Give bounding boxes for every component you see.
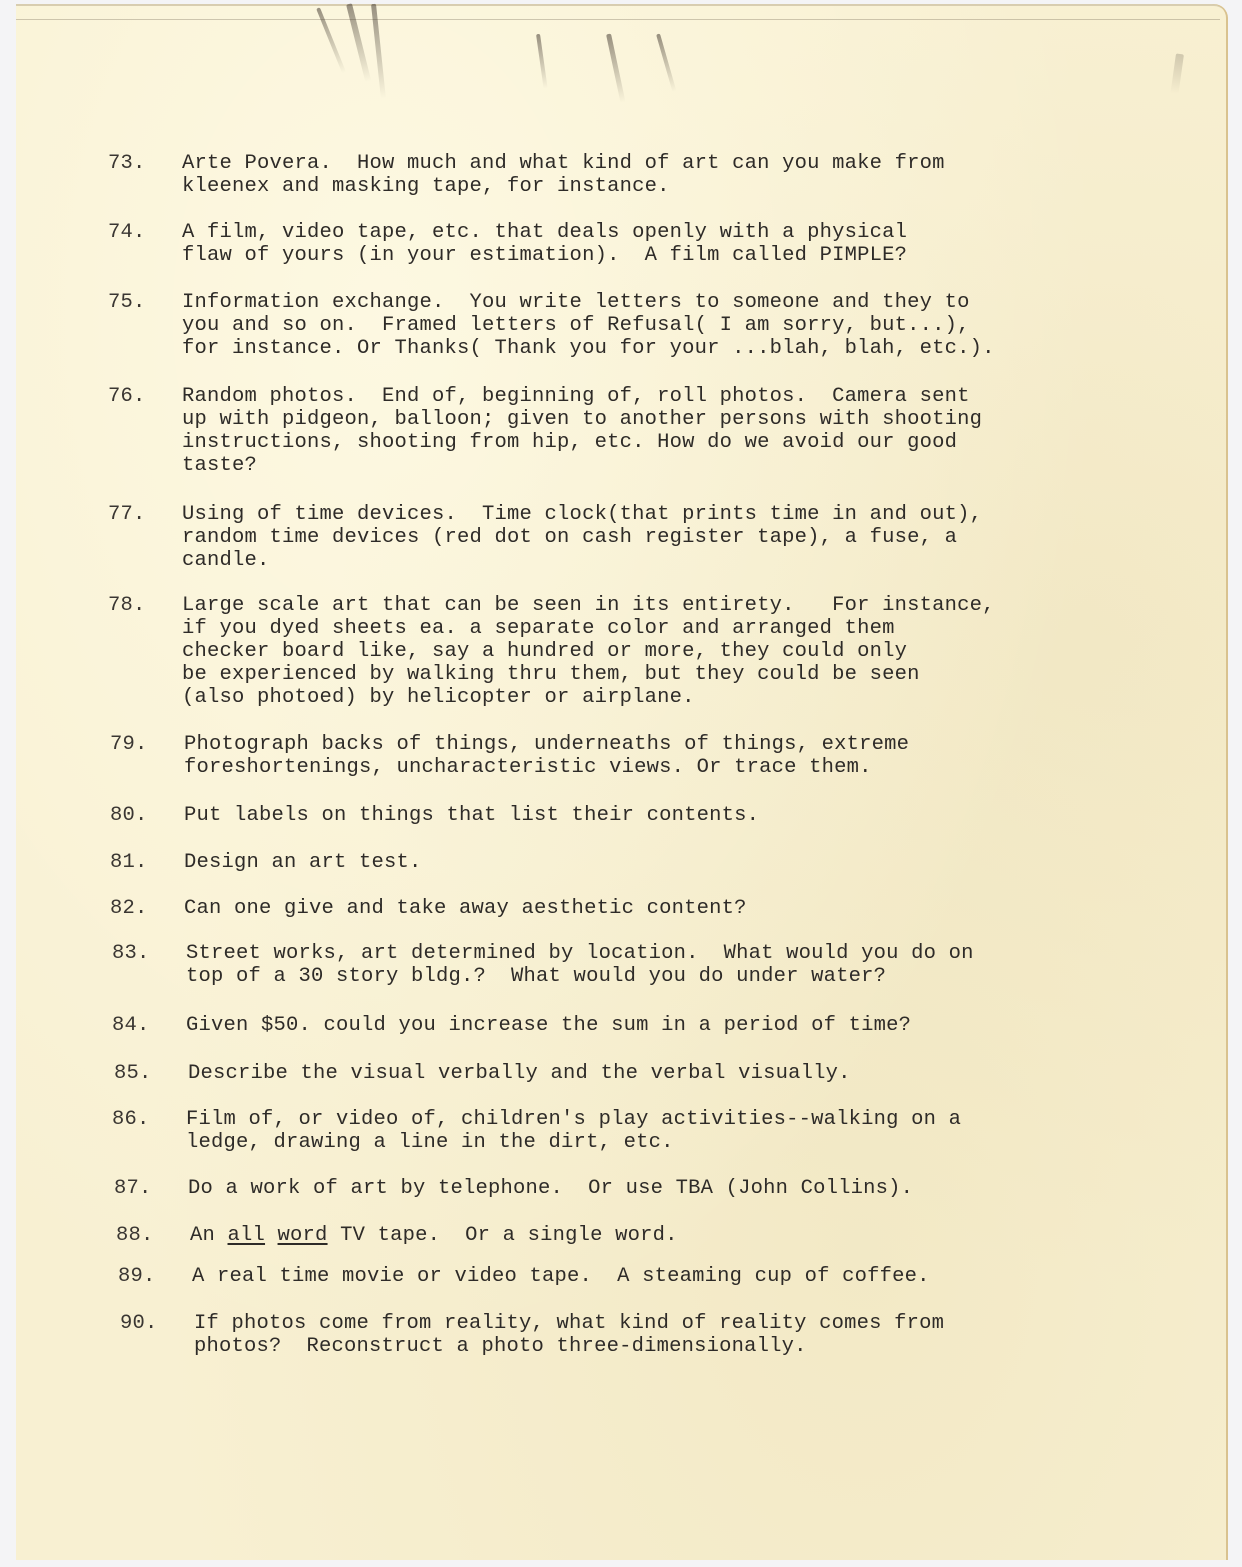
item-text-line: Street works, art determined by location… <box>186 942 1112 965</box>
list-item: 79.Photograph backs of things, underneat… <box>110 733 1110 779</box>
item-text-line: random time devices (red dot on cash reg… <box>182 526 1108 549</box>
item-text: A film, video tape, etc. that deals open… <box>182 221 1108 267</box>
list-item: 83.Street works, art determined by locat… <box>112 942 1112 988</box>
item-text-line: Random photos. End of, beginning of, rol… <box>182 385 1108 408</box>
item-text: Given $50. could you increase the sum in… <box>186 1014 1112 1037</box>
item-number: 80. <box>110 804 184 827</box>
item-text: Using of time devices. Time clock(that p… <box>182 503 1108 572</box>
item-text-line: Arte Povera. How much and what kind of a… <box>182 152 1108 175</box>
list-item: 80.Put labels on things that list their … <box>110 804 1110 827</box>
item-text-line: Photograph backs of things, underneaths … <box>184 733 1110 756</box>
item-number: 78. <box>108 594 182 709</box>
item-number: 90. <box>120 1312 194 1358</box>
item-text-line: photos? Reconstruct a photo three-dimens… <box>194 1335 1120 1358</box>
item-text: Can one give and take away aesthetic con… <box>184 897 1110 920</box>
item-text-line: If photos come from reality, what kind o… <box>194 1312 1120 1335</box>
item-text-line: checker board like, say a hundred or mor… <box>182 640 1108 663</box>
item-text-line: for instance. Or Thanks( Thank you for y… <box>182 337 1108 360</box>
item-text: Information exchange. You write letters … <box>182 291 1108 360</box>
item-text-line: (also photoed) by helicopter or airplane… <box>182 686 1108 709</box>
item-text-line: taste? <box>182 454 1108 477</box>
item-text: A real time movie or video tape. A steam… <box>192 1265 1118 1288</box>
item-number: 84. <box>112 1014 186 1037</box>
item-number: 73. <box>108 152 182 198</box>
item-text-line: kleenex and masking tape, for instance. <box>182 175 1108 198</box>
item-text-line: flaw of yours (in your estimation). A fi… <box>182 244 1108 267</box>
item-text-line: ledge, drawing a line in the dirt, etc. <box>186 1131 1112 1154</box>
list-item: 76.Random photos. End of, beginning of, … <box>108 385 1108 477</box>
underlined-word: all <box>228 1224 266 1247</box>
item-text-line: if you dyed sheets ea. a separate color … <box>182 617 1108 640</box>
list-item: 84.Given $50. could you increase the sum… <box>112 1014 1112 1037</box>
item-text: Street works, art determined by location… <box>186 942 1112 988</box>
item-number: 82. <box>110 897 184 920</box>
list-item: 78.Large scale art that can be seen in i… <box>108 594 1108 709</box>
text-segment: An <box>190 1224 228 1247</box>
list-item: 77.Using of time devices. Time clock(tha… <box>108 503 1108 572</box>
item-text-line: An all word TV tape. Or a single word. <box>190 1224 1116 1247</box>
item-number: 83. <box>112 942 186 988</box>
item-number: 75. <box>108 291 182 360</box>
text-segment: TV tape. Or a single word. <box>328 1224 678 1247</box>
item-text-line: Can one give and take away aesthetic con… <box>184 897 1110 920</box>
underlined-word: word <box>278 1224 328 1247</box>
item-text-line: candle. <box>182 549 1108 572</box>
list-item: 88.An all word TV tape. Or a single word… <box>116 1224 1116 1247</box>
item-text: An all word TV tape. Or a single word. <box>190 1224 1116 1247</box>
item-text-line: Given $50. could you increase the sum in… <box>186 1014 1112 1037</box>
item-text: Large scale art that can be seen in its … <box>182 594 1108 709</box>
item-number: 87. <box>114 1177 188 1200</box>
item-text-line: Do a work of art by telephone. Or use TB… <box>188 1177 1114 1200</box>
item-text: Photograph backs of things, underneaths … <box>184 733 1110 779</box>
item-number: 76. <box>108 385 182 477</box>
list-item: 90.If photos come from reality, what kin… <box>120 1312 1120 1358</box>
list-item: 86.Film of, or video of, children's play… <box>112 1108 1112 1154</box>
item-text: Arte Povera. How much and what kind of a… <box>182 152 1108 198</box>
item-number: 74. <box>108 221 182 267</box>
list-item: 81.Design an art test. <box>110 851 1110 874</box>
item-number: 79. <box>110 733 184 779</box>
item-number: 77. <box>108 503 182 572</box>
item-text: Film of, or video of, children's play ac… <box>186 1108 1112 1154</box>
item-text-line: top of a 30 story bldg.? What would you … <box>186 965 1112 988</box>
item-text-line: Film of, or video of, children's play ac… <box>186 1108 1112 1131</box>
item-text-line: foreshortenings, uncharacteristic views.… <box>184 756 1110 779</box>
item-text-line: Information exchange. You write letters … <box>182 291 1108 314</box>
item-text-line: Put labels on things that list their con… <box>184 804 1110 827</box>
item-text-line: up with pidgeon, balloon; given to anoth… <box>182 408 1108 431</box>
text-segment <box>265 1224 278 1247</box>
list-item: 73.Arte Povera. How much and what kind o… <box>108 152 1108 198</box>
item-text-line: Describe the visual verbally and the ver… <box>188 1062 1114 1085</box>
item-text: Random photos. End of, beginning of, rol… <box>182 385 1108 477</box>
item-text-line: A film, video tape, etc. that deals open… <box>182 221 1108 244</box>
item-text-line: Using of time devices. Time clock(that p… <box>182 503 1108 526</box>
item-text-line: Design an art test. <box>184 851 1110 874</box>
document-body: 73.Arte Povera. How much and what kind o… <box>0 0 1242 1567</box>
item-text: If photos come from reality, what kind o… <box>194 1312 1120 1358</box>
item-text-line: instructions, shooting from hip, etc. Ho… <box>182 431 1108 454</box>
item-text: Describe the visual verbally and the ver… <box>188 1062 1114 1085</box>
item-number: 88. <box>116 1224 190 1247</box>
item-number: 81. <box>110 851 184 874</box>
item-text: Put labels on things that list their con… <box>184 804 1110 827</box>
list-item: 85.Describe the visual verbally and the … <box>114 1062 1114 1085</box>
item-number: 85. <box>114 1062 188 1085</box>
list-item: 75.Information exchange. You write lette… <box>108 291 1108 360</box>
item-text: Design an art test. <box>184 851 1110 874</box>
item-text: Do a work of art by telephone. Or use TB… <box>188 1177 1114 1200</box>
list-item: 74.A film, video tape, etc. that deals o… <box>108 221 1108 267</box>
item-text-line: be experienced by walking thru them, but… <box>182 663 1108 686</box>
item-text-line: A real time movie or video tape. A steam… <box>192 1265 1118 1288</box>
item-text-line: you and so on. Framed letters of Refusal… <box>182 314 1108 337</box>
item-number: 86. <box>112 1108 186 1154</box>
list-item: 89.A real time movie or video tape. A st… <box>118 1265 1118 1288</box>
item-number: 89. <box>118 1265 192 1288</box>
item-text-line: Large scale art that can be seen in its … <box>182 594 1108 617</box>
list-item: 87.Do a work of art by telephone. Or use… <box>114 1177 1114 1200</box>
list-item: 82.Can one give and take away aesthetic … <box>110 897 1110 920</box>
